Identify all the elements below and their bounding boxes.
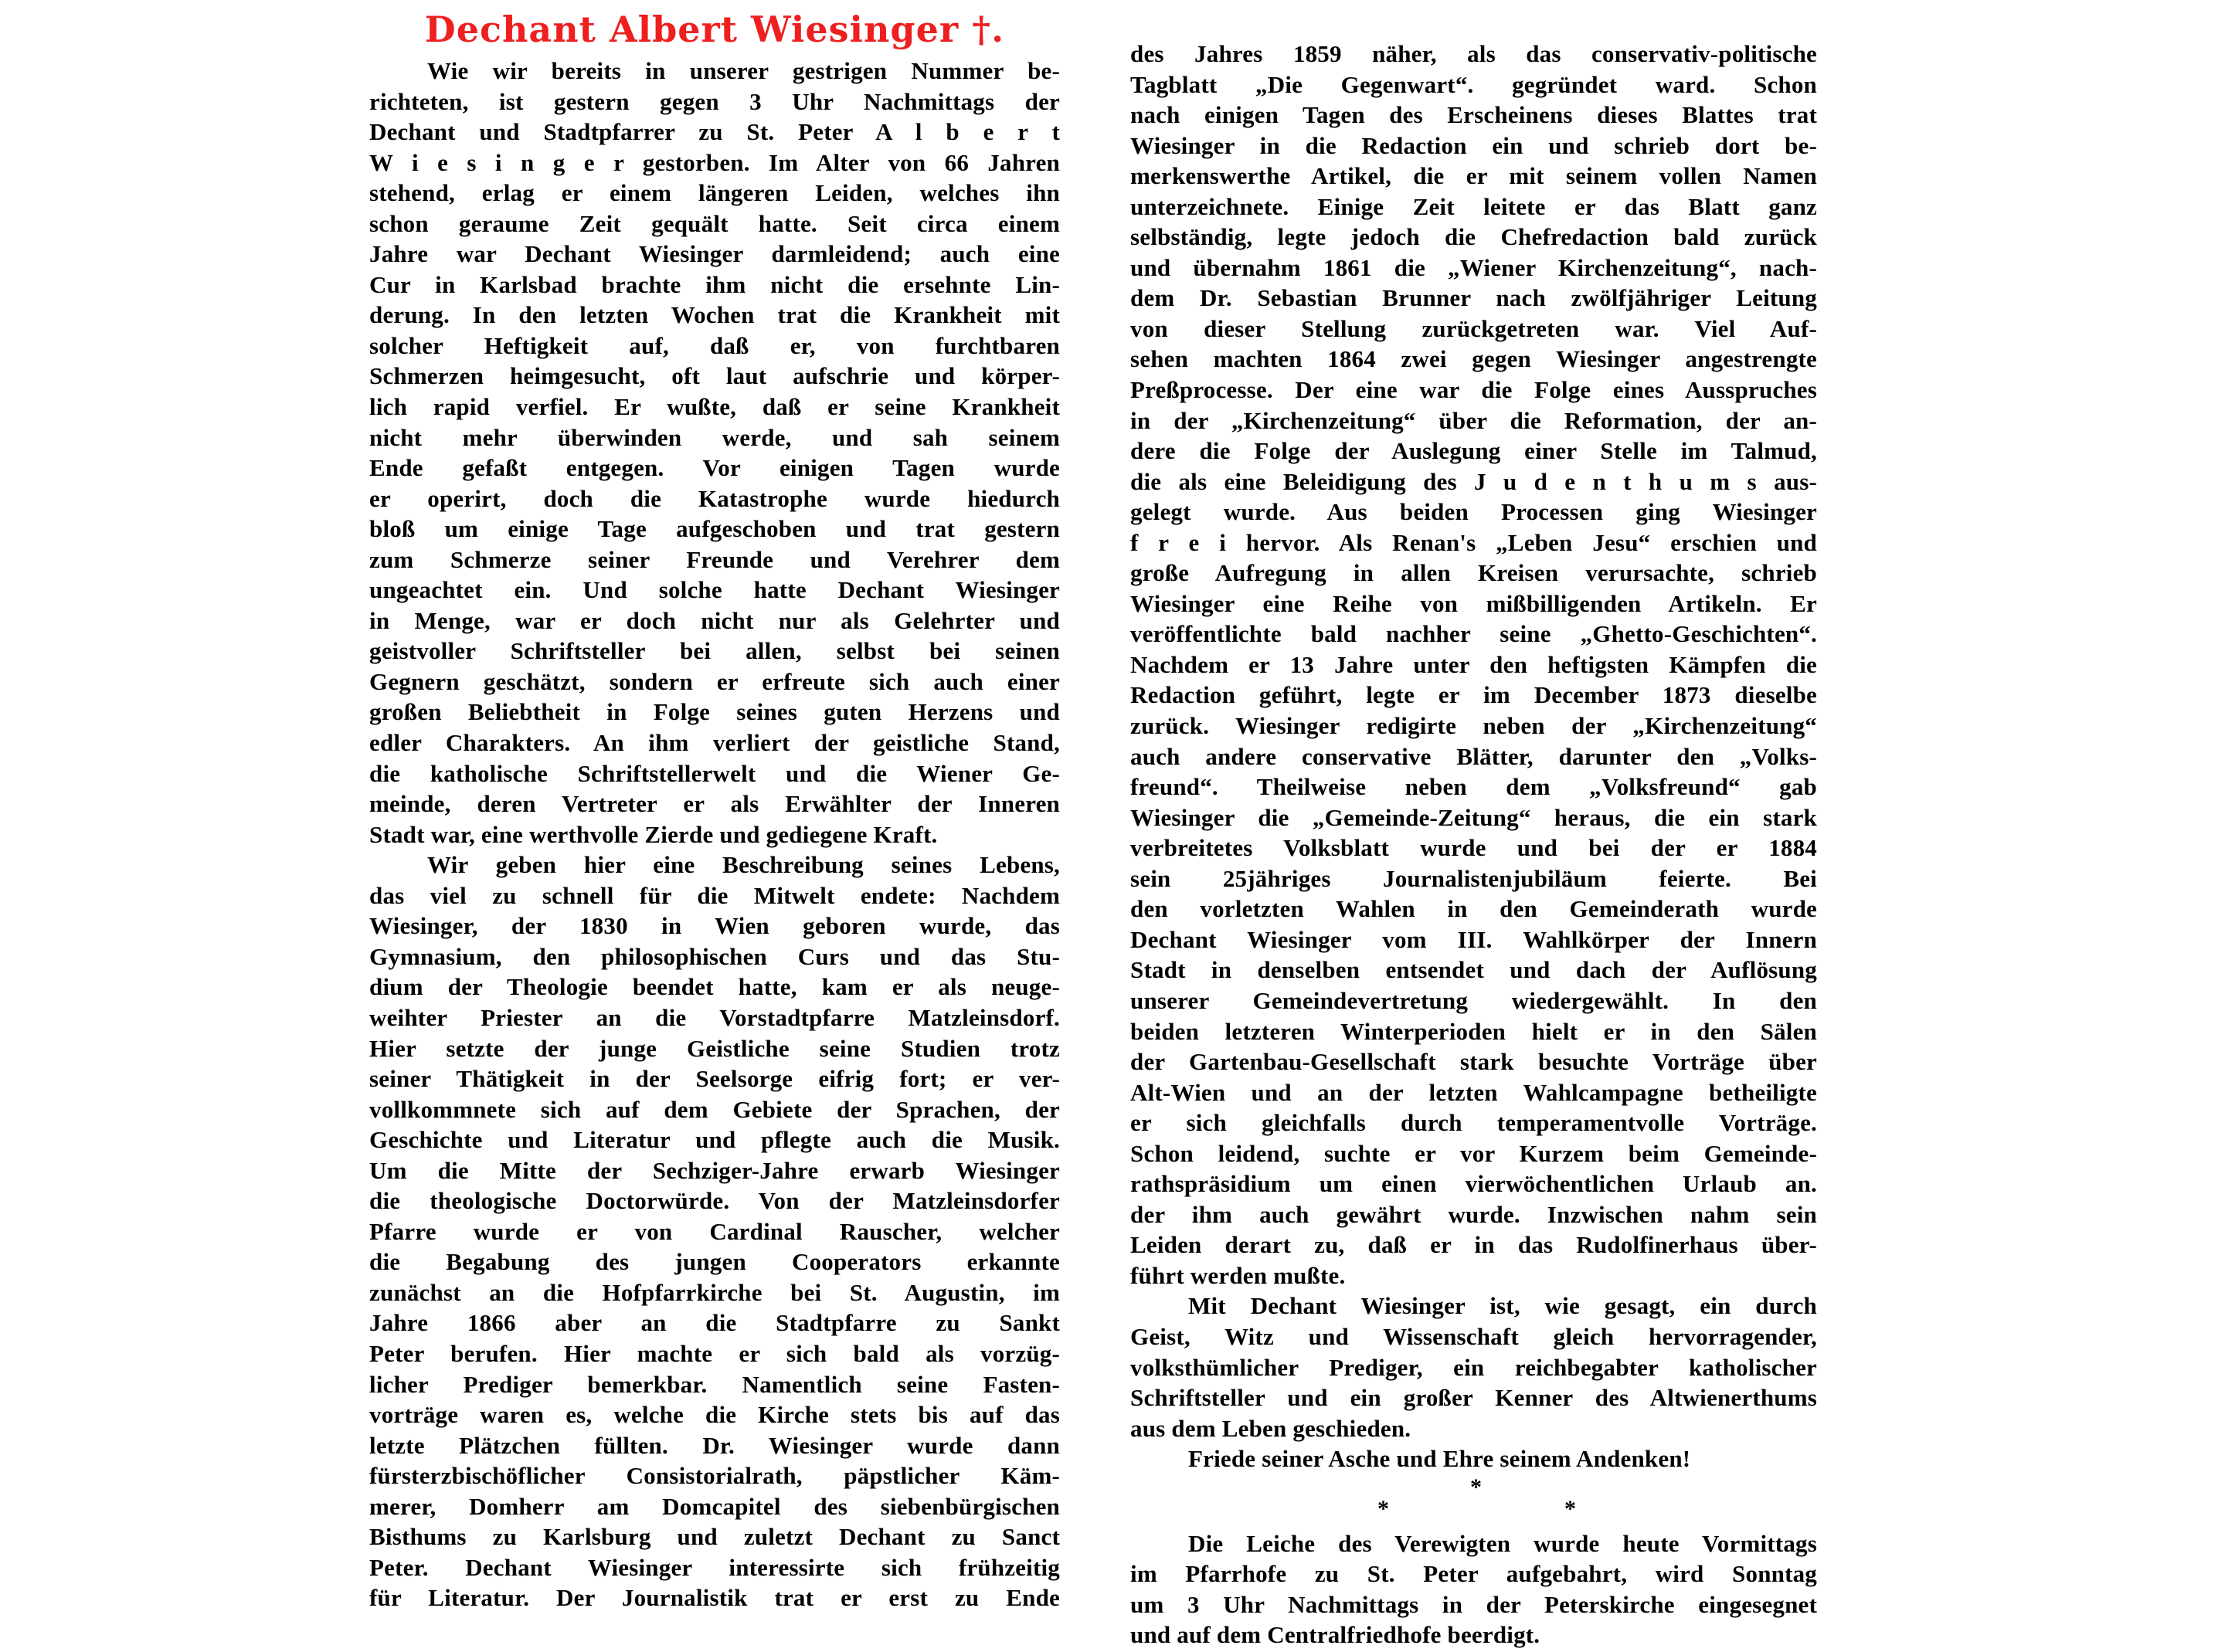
text-line: ungeachtet ein. Und solche hatte Dechant…: [369, 575, 1060, 606]
text-line: Schon leidend, suchte er vor Kurzem beim…: [1130, 1138, 1817, 1169]
text-line: Wie wir bereits in unserer gestrigen Num…: [369, 56, 1060, 87]
text-line: schon geraume Zeit gequält hatte. Seit c…: [369, 209, 1060, 239]
text-line: von dieser Stellung zurückgetreten war. …: [1130, 314, 1817, 344]
text-line: Geschichte und Literatur und pflegte auc…: [369, 1125, 1060, 1155]
text-line: Peter berufen. Hier machte er sich bald …: [369, 1338, 1060, 1369]
text-line: Preßprocesse. Der eine war die Folge ein…: [1130, 375, 1817, 405]
text-line: großen Beliebtheit in Folge seines guten…: [369, 697, 1060, 728]
text-line: vollkommnete sich auf dem Gebiete der Sp…: [369, 1094, 1060, 1125]
text-line: derung. In den letzten Wochen trat die K…: [369, 300, 1060, 331]
text-line: große Aufregung in allen Kreisen verursa…: [1130, 558, 1817, 589]
text-line: solcher Heftigkeit auf, daß er, von furc…: [369, 331, 1060, 361]
text-line: Geist, Witz und Wissenschaft gleich herv…: [1130, 1321, 1817, 1352]
text-line: Dechant Wiesinger vom III. Wahlkörper de…: [1130, 924, 1817, 955]
asterisk: *: [1564, 1498, 1576, 1521]
text-line: Wiesinger in die Redaction ein und schri…: [1130, 131, 1817, 161]
text-line: f r e i hervor. Als Renan's „Leben Jesu“…: [1130, 527, 1817, 558]
text-line: er sich gleichfalls durch temperamentvol…: [1130, 1108, 1817, 1138]
text-line: Um die Mitte der Sechziger-Jahre erwarb …: [369, 1155, 1060, 1186]
text-line: letzte Plätzchen füllten. Dr. Wiesinger …: [369, 1430, 1060, 1461]
article-title: Dechant Albert Wiesinger †.: [369, 6, 1060, 53]
text-line: stehend, erlag er einem längeren Leiden,…: [369, 178, 1060, 209]
text-line: fürsterzbischöflicher Consistorialrath, …: [369, 1460, 1060, 1491]
text-line: richteten, ist gestern gegen 3 Uhr Nachm…: [369, 87, 1060, 117]
text-line: und übernahm 1861 die „Wiener Kirchenzei…: [1130, 253, 1817, 283]
text-line: Die Leiche des Verewigten wurde heute Vo…: [1130, 1528, 1817, 1559]
text-line: Jahre 1866 aber an die Stadtpfarre zu Sa…: [369, 1308, 1060, 1338]
text-line: die Begabung des jungen Cooperators erka…: [369, 1247, 1060, 1277]
text-line: den vorletzten Wahlen in den Gemeinderat…: [1130, 894, 1817, 924]
text-line: der Gartenbau-Gesellschaft stark besucht…: [1130, 1046, 1817, 1077]
text-line: der ihm auch gewährt wurde. Inzwischen n…: [1130, 1199, 1817, 1230]
text-line: merkenswerthe Artikel, die er mit seinem…: [1130, 161, 1817, 192]
text-line: zurück. Wiesinger redigirte neben der „K…: [1130, 711, 1817, 741]
text-line: verbreitetes Volksblatt wurde und bei de…: [1130, 833, 1817, 863]
text-line: in der „Kirchenzeitung“ über die Reforma…: [1130, 405, 1817, 436]
text-line: W i e s i n g e r gestorben. Im Alter vo…: [369, 148, 1060, 178]
text-line: unterzeichnete. Einige Zeit leitete er d…: [1130, 192, 1817, 222]
right-column-notice: Die Leiche des Verewigten wurde heute Vo…: [1130, 1528, 1817, 1650]
text-line: Cur in Karlsbad brachte ihm nicht die er…: [369, 270, 1060, 300]
text-line: führt werden mußte.: [1130, 1260, 1817, 1291]
text-line: unserer Gemeindevertretung wiedergewählt…: [1130, 985, 1817, 1016]
text-line: rathspräsidium um einen vierwöchentliche…: [1130, 1169, 1817, 1199]
text-line: Gymnasium, den philosophischen Curs und …: [369, 941, 1060, 972]
asterisk: *: [1377, 1498, 1389, 1521]
text-line: weihter Priester an die Vorstadtpfarre M…: [369, 1002, 1060, 1033]
text-line: bloß um einige Tage aufgeschoben und tra…: [369, 514, 1060, 544]
text-line: Jahre war Dechant Wiesinger darmleidend;…: [369, 239, 1060, 270]
text-line: Leiden derart zu, daß er in das Rudolfin…: [1130, 1230, 1817, 1260]
text-line: freund“. Theilweise neben dem „Volksfreu…: [1130, 772, 1817, 802]
text-line: Wir geben hier eine Beschreibung seines …: [369, 850, 1060, 880]
text-line: Peter. Dechant Wiesinger interessirte si…: [369, 1552, 1060, 1583]
text-line: das viel zu schnell für die Mitwelt ende…: [369, 880, 1060, 911]
text-line: auch andere conservative Blätter, darunt…: [1130, 741, 1817, 772]
text-line: in Menge, war er doch nicht nur als Gele…: [369, 606, 1060, 636]
text-line: zunächst an die Hofpfarrkirche bei St. A…: [369, 1277, 1060, 1308]
text-line: volksthümlicher Prediger, ein reichbegab…: [1130, 1352, 1817, 1383]
text-line: nicht mehr überwinden werde, und sah sei…: [369, 422, 1060, 453]
text-line: Bisthums zu Karlsburg und zuletzt Dechan…: [369, 1521, 1060, 1552]
left-column: Wie wir bereits in unserer gestrigen Num…: [369, 56, 1060, 1613]
text-line: die theologische Doctorwürde. Von der Ma…: [369, 1186, 1060, 1216]
text-line: geistvoller Schriftsteller bei allen, se…: [369, 636, 1060, 667]
text-line: merer, Domherr am Domcapitel des siebenb…: [369, 1491, 1060, 1522]
text-line: um 3 Uhr Nachmittags in der Peterskirche…: [1130, 1589, 1817, 1620]
text-line: meinde, deren Vertreter er als Erwählter…: [369, 789, 1060, 819]
text-line: des Jahres 1859 näher, als das conservat…: [1130, 39, 1817, 70]
text-line: aus dem Leben geschieden.: [1130, 1413, 1817, 1444]
text-line: Ende gefaßt entgegen. Vor einigen Tagen …: [369, 453, 1060, 483]
text-line: Gegnern geschätzt, sondern er erfreute s…: [369, 667, 1060, 697]
text-line: Stadt war, eine werthvolle Zierde und ge…: [369, 819, 1060, 850]
text-line: Schriftsteller und ein großer Kenner des…: [1130, 1382, 1817, 1413]
text-line: die als eine Beleidigung des J u d e n t…: [1130, 466, 1817, 497]
text-line: sein 25jähriges Journalistenjubiläum fei…: [1130, 863, 1817, 894]
text-line: und auf dem Centralfriedhofe beerdigt.: [1130, 1620, 1817, 1650]
text-line: Pfarre wurde er von Cardinal Rauscher, w…: [369, 1216, 1060, 1247]
text-line: dere die Folge der Auslegung einer Stell…: [1130, 436, 1817, 466]
text-line: sehen machten 1864 zwei gegen Wiesinger …: [1130, 344, 1817, 375]
text-line: Wiesinger die „Gemeinde-Zeitung“ heraus,…: [1130, 802, 1817, 833]
text-line: Stadt in denselben entsendet und dach de…: [1130, 955, 1817, 985]
text-line: Hier setzte der junge Geistliche seine S…: [369, 1033, 1060, 1064]
text-line: Tagblatt „Die Gegenwart“. gegründet ward…: [1130, 70, 1817, 100]
text-line: Friede seiner Asche und Ehre seinem Ande…: [1130, 1443, 1817, 1474]
text-line: die katholische Schriftstellerwelt und d…: [369, 758, 1060, 789]
text-line: zum Schmerze seiner Freunde und Verehrer…: [369, 544, 1060, 575]
asterism-divider: * * *: [1130, 1474, 1817, 1528]
right-column-main-text: des Jahres 1859 näher, als das conservat…: [1130, 39, 1817, 1474]
text-line: Nachdem er 13 Jahre unter den heftigsten…: [1130, 650, 1817, 680]
text-line: veröffentlichte bald nachher seine „Ghet…: [1130, 619, 1817, 650]
text-line: Redaction geführt, legte er im December …: [1130, 680, 1817, 711]
text-line: Wiesinger, der 1830 in Wien geboren wurd…: [369, 911, 1060, 941]
text-line: gelegt wurde. Aus beiden Processen ging …: [1130, 497, 1817, 527]
text-line: er operirt, doch die Katastrophe wurde h…: [369, 483, 1060, 514]
text-line: Mit Dechant Wiesinger ist, wie gesagt, e…: [1130, 1291, 1817, 1321]
text-line: lich rapid verfiel. Er wußte, daß er sei…: [369, 392, 1060, 422]
asterisk: *: [1470, 1476, 1482, 1499]
text-line: Alt-Wien und an der letzten Wahlcampagne…: [1130, 1077, 1817, 1108]
text-line: dium der Theologie beendet hatte, kam er…: [369, 972, 1060, 1002]
text-line: nach einigen Tagen des Erscheinens diese…: [1130, 100, 1817, 131]
text-line: edler Charakters. An ihm verliert der ge…: [369, 728, 1060, 758]
text-line: im Pfarrhofe zu St. Peter aufgebahrt, wi…: [1130, 1559, 1817, 1589]
right-column: des Jahres 1859 näher, als das conservat…: [1130, 39, 1817, 1650]
text-line: seiner Thätigkeit in der Seelsorge eifri…: [369, 1063, 1060, 1094]
text-line: Wiesinger eine Reihe von mißbilligenden …: [1130, 589, 1817, 619]
text-line: selbständig, legte jedoch die Chefredact…: [1130, 222, 1817, 253]
text-line: beiden letzteren Winterperioden hielt er…: [1130, 1016, 1817, 1047]
text-line: Schmerzen heimgesucht, oft laut aufschri…: [369, 361, 1060, 392]
text-line: Dechant und Stadtpfarrer zu St. Peter A …: [369, 117, 1060, 148]
text-line: vorträge waren es, welche die Kirche ste…: [369, 1399, 1060, 1430]
text-line: dem Dr. Sebastian Brunner nach zwölfjähr…: [1130, 283, 1817, 314]
text-line: licher Prediger bemerkbar. Namentlich se…: [369, 1369, 1060, 1400]
text-line: für Literatur. Der Journalistik trat er …: [369, 1582, 1060, 1613]
